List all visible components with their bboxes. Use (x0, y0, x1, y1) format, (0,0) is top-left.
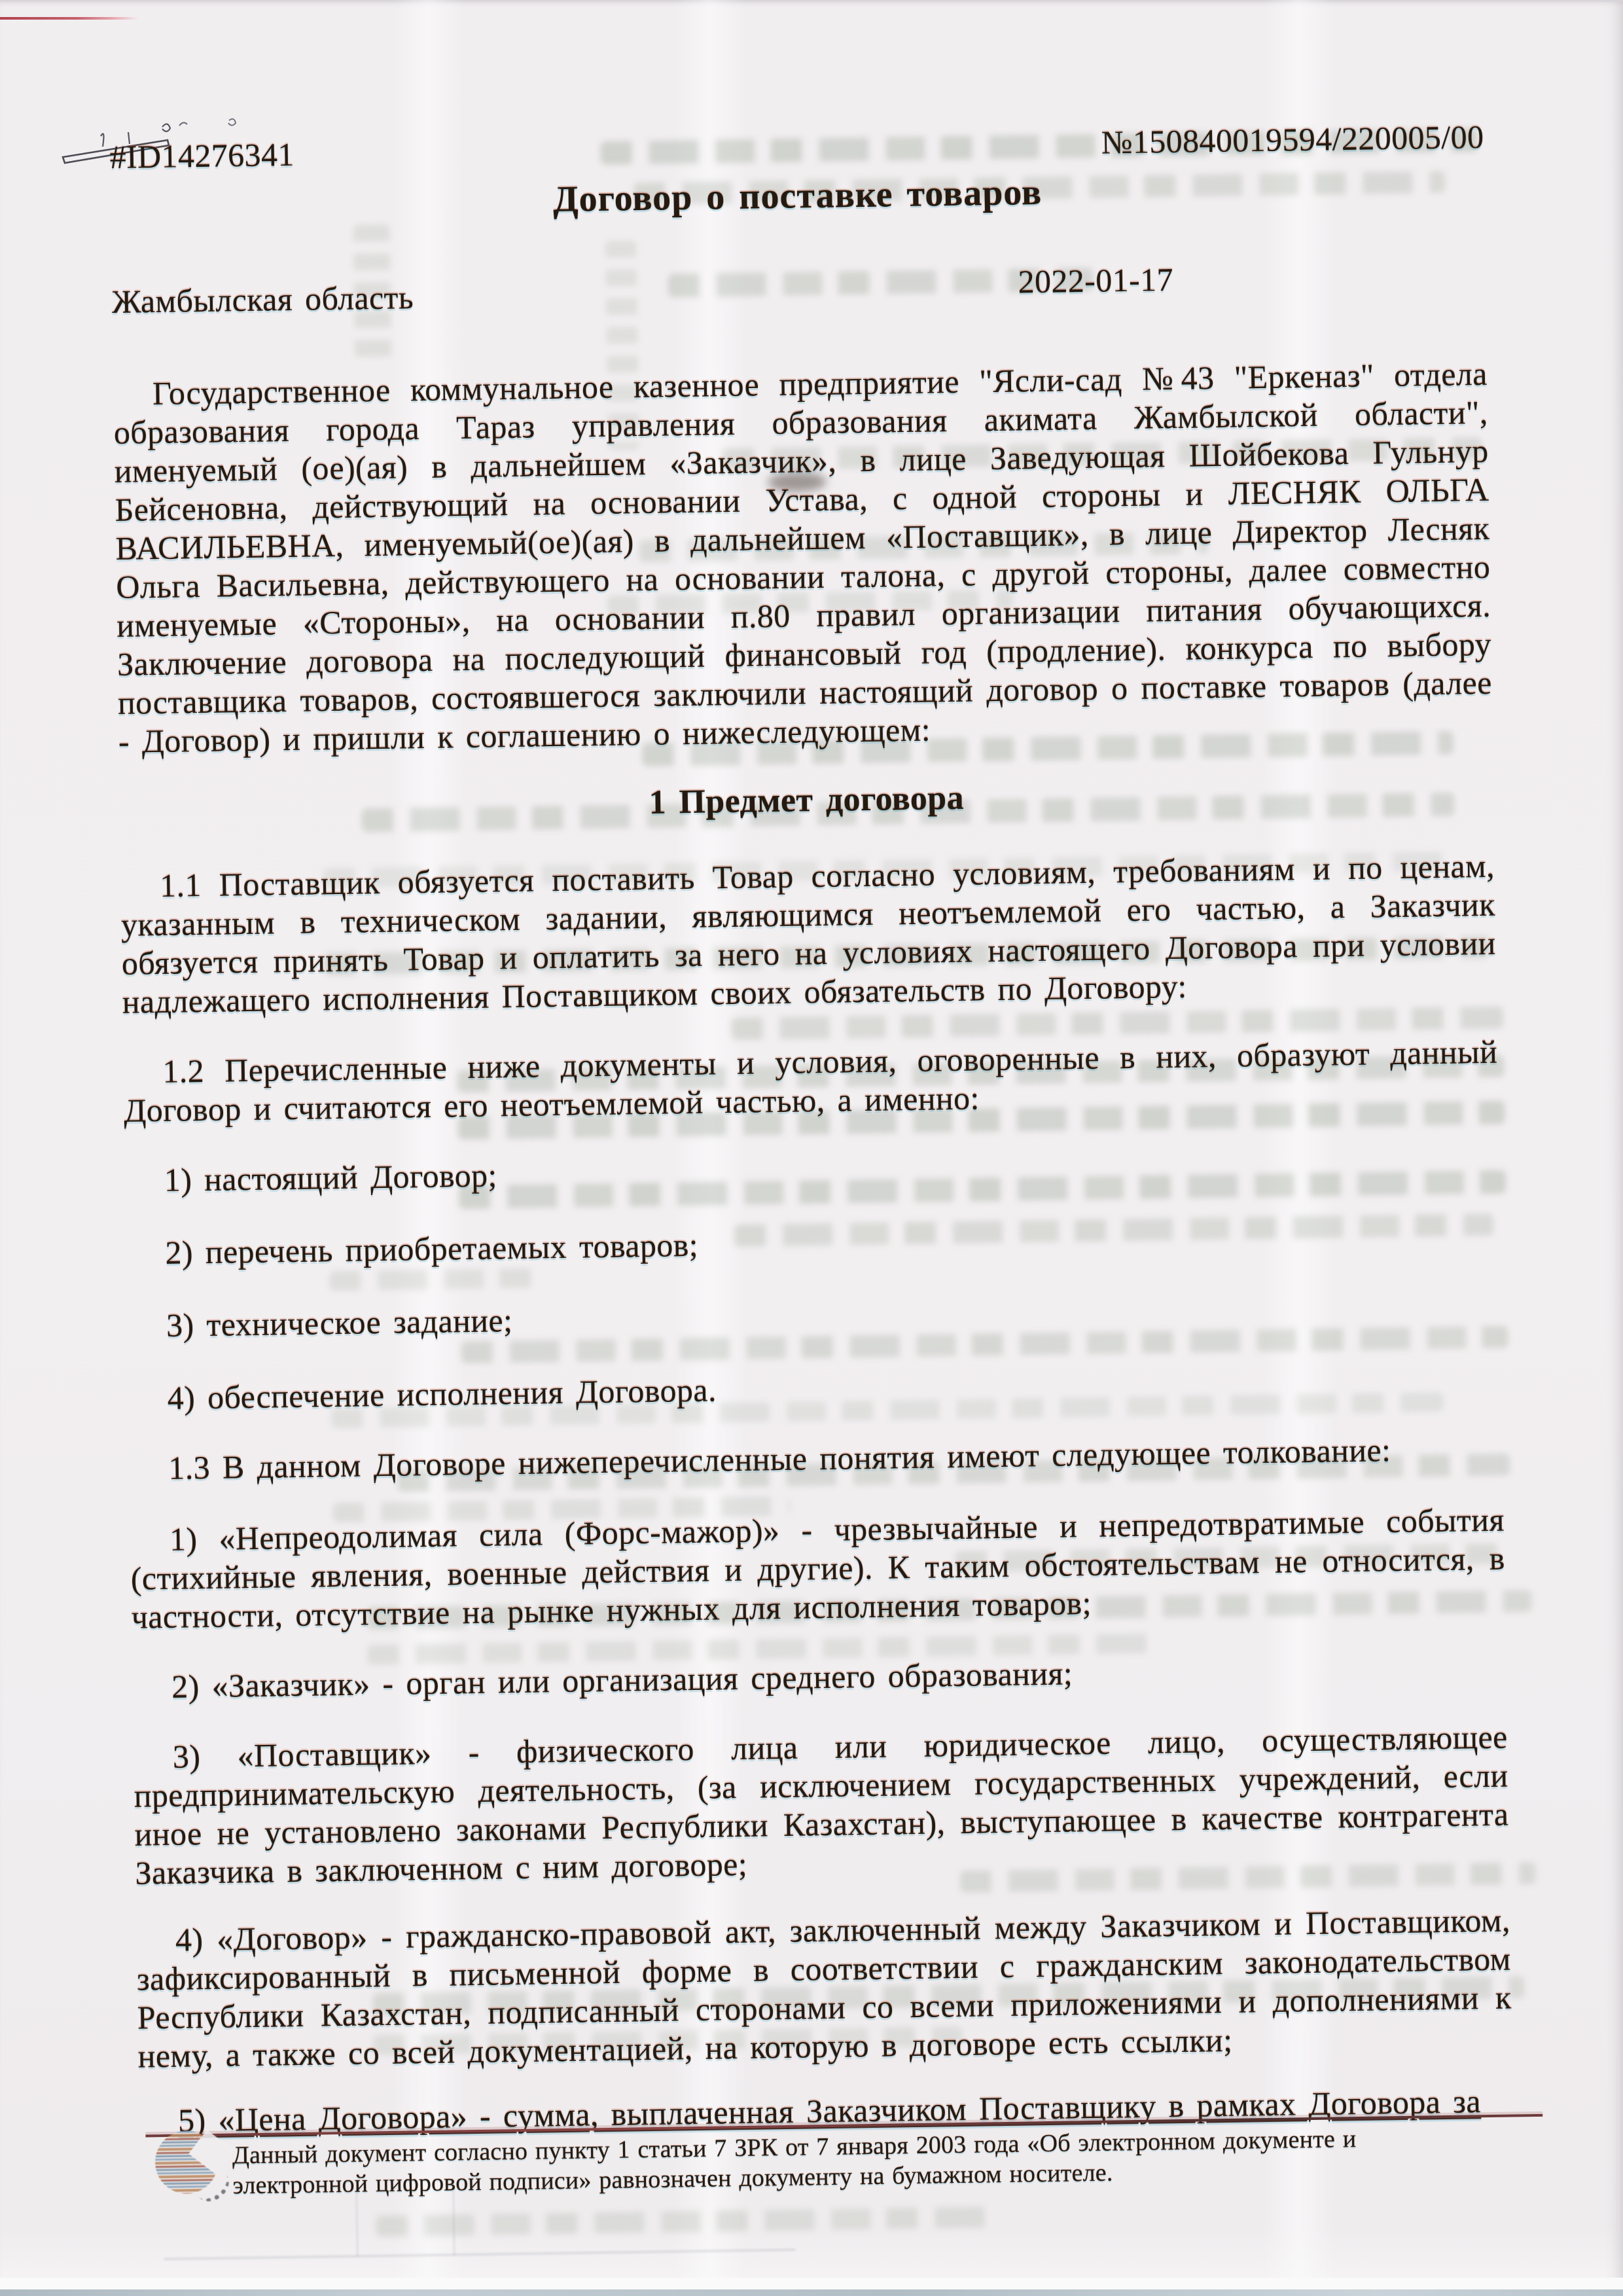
eds-emblem-icon (154, 2130, 218, 2194)
clause-1-2: 1.2 Перечисленные ниже документы и услов… (123, 1033, 1499, 1130)
section-1-heading: 1 Предмет договора (119, 770, 1494, 831)
document-id: #ID14276341 (109, 135, 294, 177)
scanner-edge-band (0, 2289, 1623, 2296)
scan-bottom-edge (0, 2278, 1623, 2289)
bleedthrough-text (376, 2206, 997, 2236)
definition-contract: 4) «Договор» - гражданско-правовой акт, … (136, 1901, 1512, 2076)
contract-date: 2022-01-17 (1018, 260, 1173, 302)
scan-content: #ID14276341 №150840019594/220005/00 Дого… (0, 0, 1623, 2296)
contract-document-item: 2) перечень приобретаемых товаров; (126, 1214, 1501, 1273)
definition-customer: 2) «Заказчик» - орган или организация ср… (132, 1648, 1507, 1707)
contract-document-item: 1) настоящий Договор; (124, 1141, 1499, 1200)
meta-row: Жамбылская область 2022-01-17 (111, 262, 1486, 321)
document-header: #ID14276341 №150840019594/220005/00 (109, 118, 1484, 177)
clause-1-3: 1.3 В данном Договоре нижеперечисленные … (129, 1429, 1504, 1488)
clause-1-1: 1.1 Поставщик обязуется поставить Товар … (120, 847, 1497, 1022)
definition-supplier: 3) «Поставщик» - физического лица или юр… (133, 1718, 1509, 1893)
contract-document-item: 4) обеспечение исполнения Договора. (128, 1359, 1503, 1418)
contract-document-item: 3) техническое задание; (127, 1287, 1502, 1346)
registration-number: №150840019594/220005/00 (1101, 118, 1484, 162)
scanned-page: #ID14276341 №150840019594/220005/00 Дого… (0, 0, 1623, 2296)
document-body: #ID14276341 №150840019594/220005/00 Дого… (0, 0, 1623, 2142)
region-label: Жамбылская область (111, 279, 414, 320)
intro-paragraph: Государственное коммунальное казенное пр… (113, 355, 1493, 761)
definition-force-majeure: 1) «Непреодолимая сила (Форс-мажор)» - ч… (130, 1501, 1506, 1637)
bleedthrough-table-line (164, 2249, 795, 2260)
document-title: Договор о поставке товаров (110, 166, 1485, 226)
